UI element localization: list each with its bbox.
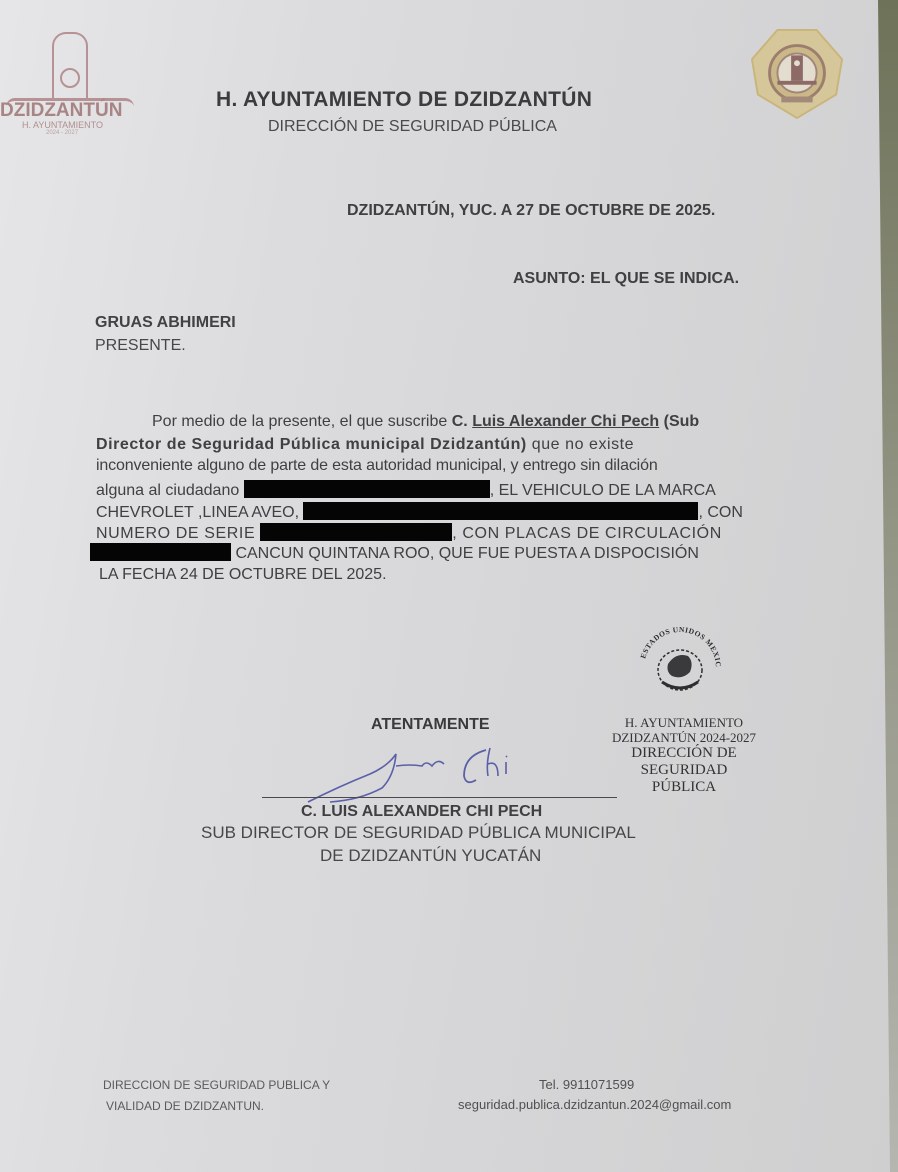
footer-department-line-1: DIRECCION DE SEGURIDAD PUBLICA Y [103,1078,330,1092]
redacted-serial-number [260,523,452,541]
stamp-line: SEGURIDAD [596,762,772,779]
stamp-line: PÚBLICA [596,779,772,796]
redacted-license-plate [90,543,231,561]
signer-title-inline: Director de Seguridad Pública municipal … [96,436,527,453]
mexican-coat-of-arms-icon: ESTADOS UNIDOS MEXICANOS [634,626,726,704]
body-text: , CON PLACAS DE CIRCULACIÓN [452,525,722,542]
logo-subtitle: H. AYUNTAMIENTO [22,120,103,130]
handwritten-signature [300,736,540,806]
redacted-citizen-name [244,480,490,498]
body-text: , CON [698,504,742,521]
body-text: CANCUN QUINTANA ROO, QUE FUE PUESTA A DI… [231,545,699,562]
clock-icon [60,68,80,88]
municipality-logo: DZIDZANTÚN H. AYUNTAMIENTO 2024 - 2027 [0,28,140,138]
stamp-line: H. AYUNTAMIENTO [596,716,772,731]
stamp-line: DZIDZANTÚN 2024-2027 [596,731,772,746]
recipient-salutation: PRESENTE. [95,337,186,355]
signer-role: SUB DIRECTOR DE SEGURIDAD PÚBLICA MUNICI… [201,823,636,843]
body-text: alguna al ciudadano [96,482,244,499]
official-stamp: H. AYUNTAMIENTO DZIDZANTÚN 2024-2027 DIR… [596,716,772,795]
footer-email: seguridad.publica.dzidzantun.2024@gmail.… [458,1097,731,1112]
signature-line [262,797,617,798]
body-text: C. [452,413,472,430]
body-text: , EL VEHICULO DE LA MARCA [490,482,716,499]
closing-salutation: ATENTAMENTE [371,716,490,734]
subject-line: ASUNTO: EL QUE SE INDICA. [513,270,739,288]
body-text: que no existe [527,436,634,453]
redacted-vehicle-model [303,502,698,520]
logo-name: DZIDZANTÚN [0,100,122,122]
footer-phone: Tel. 9911071599 [539,1077,634,1092]
signer-name: C. LUIS ALEXANDER CHI PECH [301,803,542,821]
body-text: NUMERO DE SERIE [96,525,260,542]
body-line-2: Director de Seguridad Pública municipal … [96,436,634,454]
body-line-4: alguna al ciudadano , EL VEHICULO DE LA … [96,480,716,500]
signer-place: DE DZIDZANTÚN YUCATÁN [320,846,541,866]
letterhead-title: H. AYUNTAMIENTO DE DZIDZANTÚN [216,88,592,112]
letter-page: DZIDZANTÚN H. AYUNTAMIENTO 2024 - 2027 H… [0,0,890,1172]
logo-years: 2024 - 2027 [46,130,78,136]
body-line-6: NUMERO DE SERIE , CON PLACAS DE CIRCULAC… [96,523,722,543]
body-text: (Sub [659,413,699,430]
body-line-8: LA FECHA 24 DE OCTUBRE DEL 2025. [99,566,387,584]
police-badge-icon [748,26,846,120]
signer-name-inline: Luis Alexander Chi Pech [472,413,659,430]
body-line-1: Por medio de la presente, el que suscrib… [152,413,699,431]
stamp-line: DIRECCIÓN DE [596,745,772,762]
body-text: CHEVROLET ,LINEA AVEO, [96,504,303,521]
date-line: DZIDZANTÚN, YUC. A 27 DE OCTUBRE DE 2025… [347,202,715,220]
clock-tower-icon [52,32,88,100]
body-line-5: CHEVROLET ,LINEA AVEO, , CON [96,502,743,522]
body-line-7: CANCUN QUINTANA ROO, QUE FUE PUESTA A DI… [90,543,699,563]
body-text: Por medio de la presente, el que suscrib… [152,413,452,430]
body-line-3: inconveniente alguno de parte de esta au… [96,457,658,475]
recipient-name: GRUAS ABHIMERI [95,314,236,332]
letterhead-subtitle: DIRECCIÓN DE SEGURIDAD PÚBLICA [268,118,557,136]
footer-department-line-2: VIALIDAD DE DZIDZANTUN. [106,1099,264,1113]
